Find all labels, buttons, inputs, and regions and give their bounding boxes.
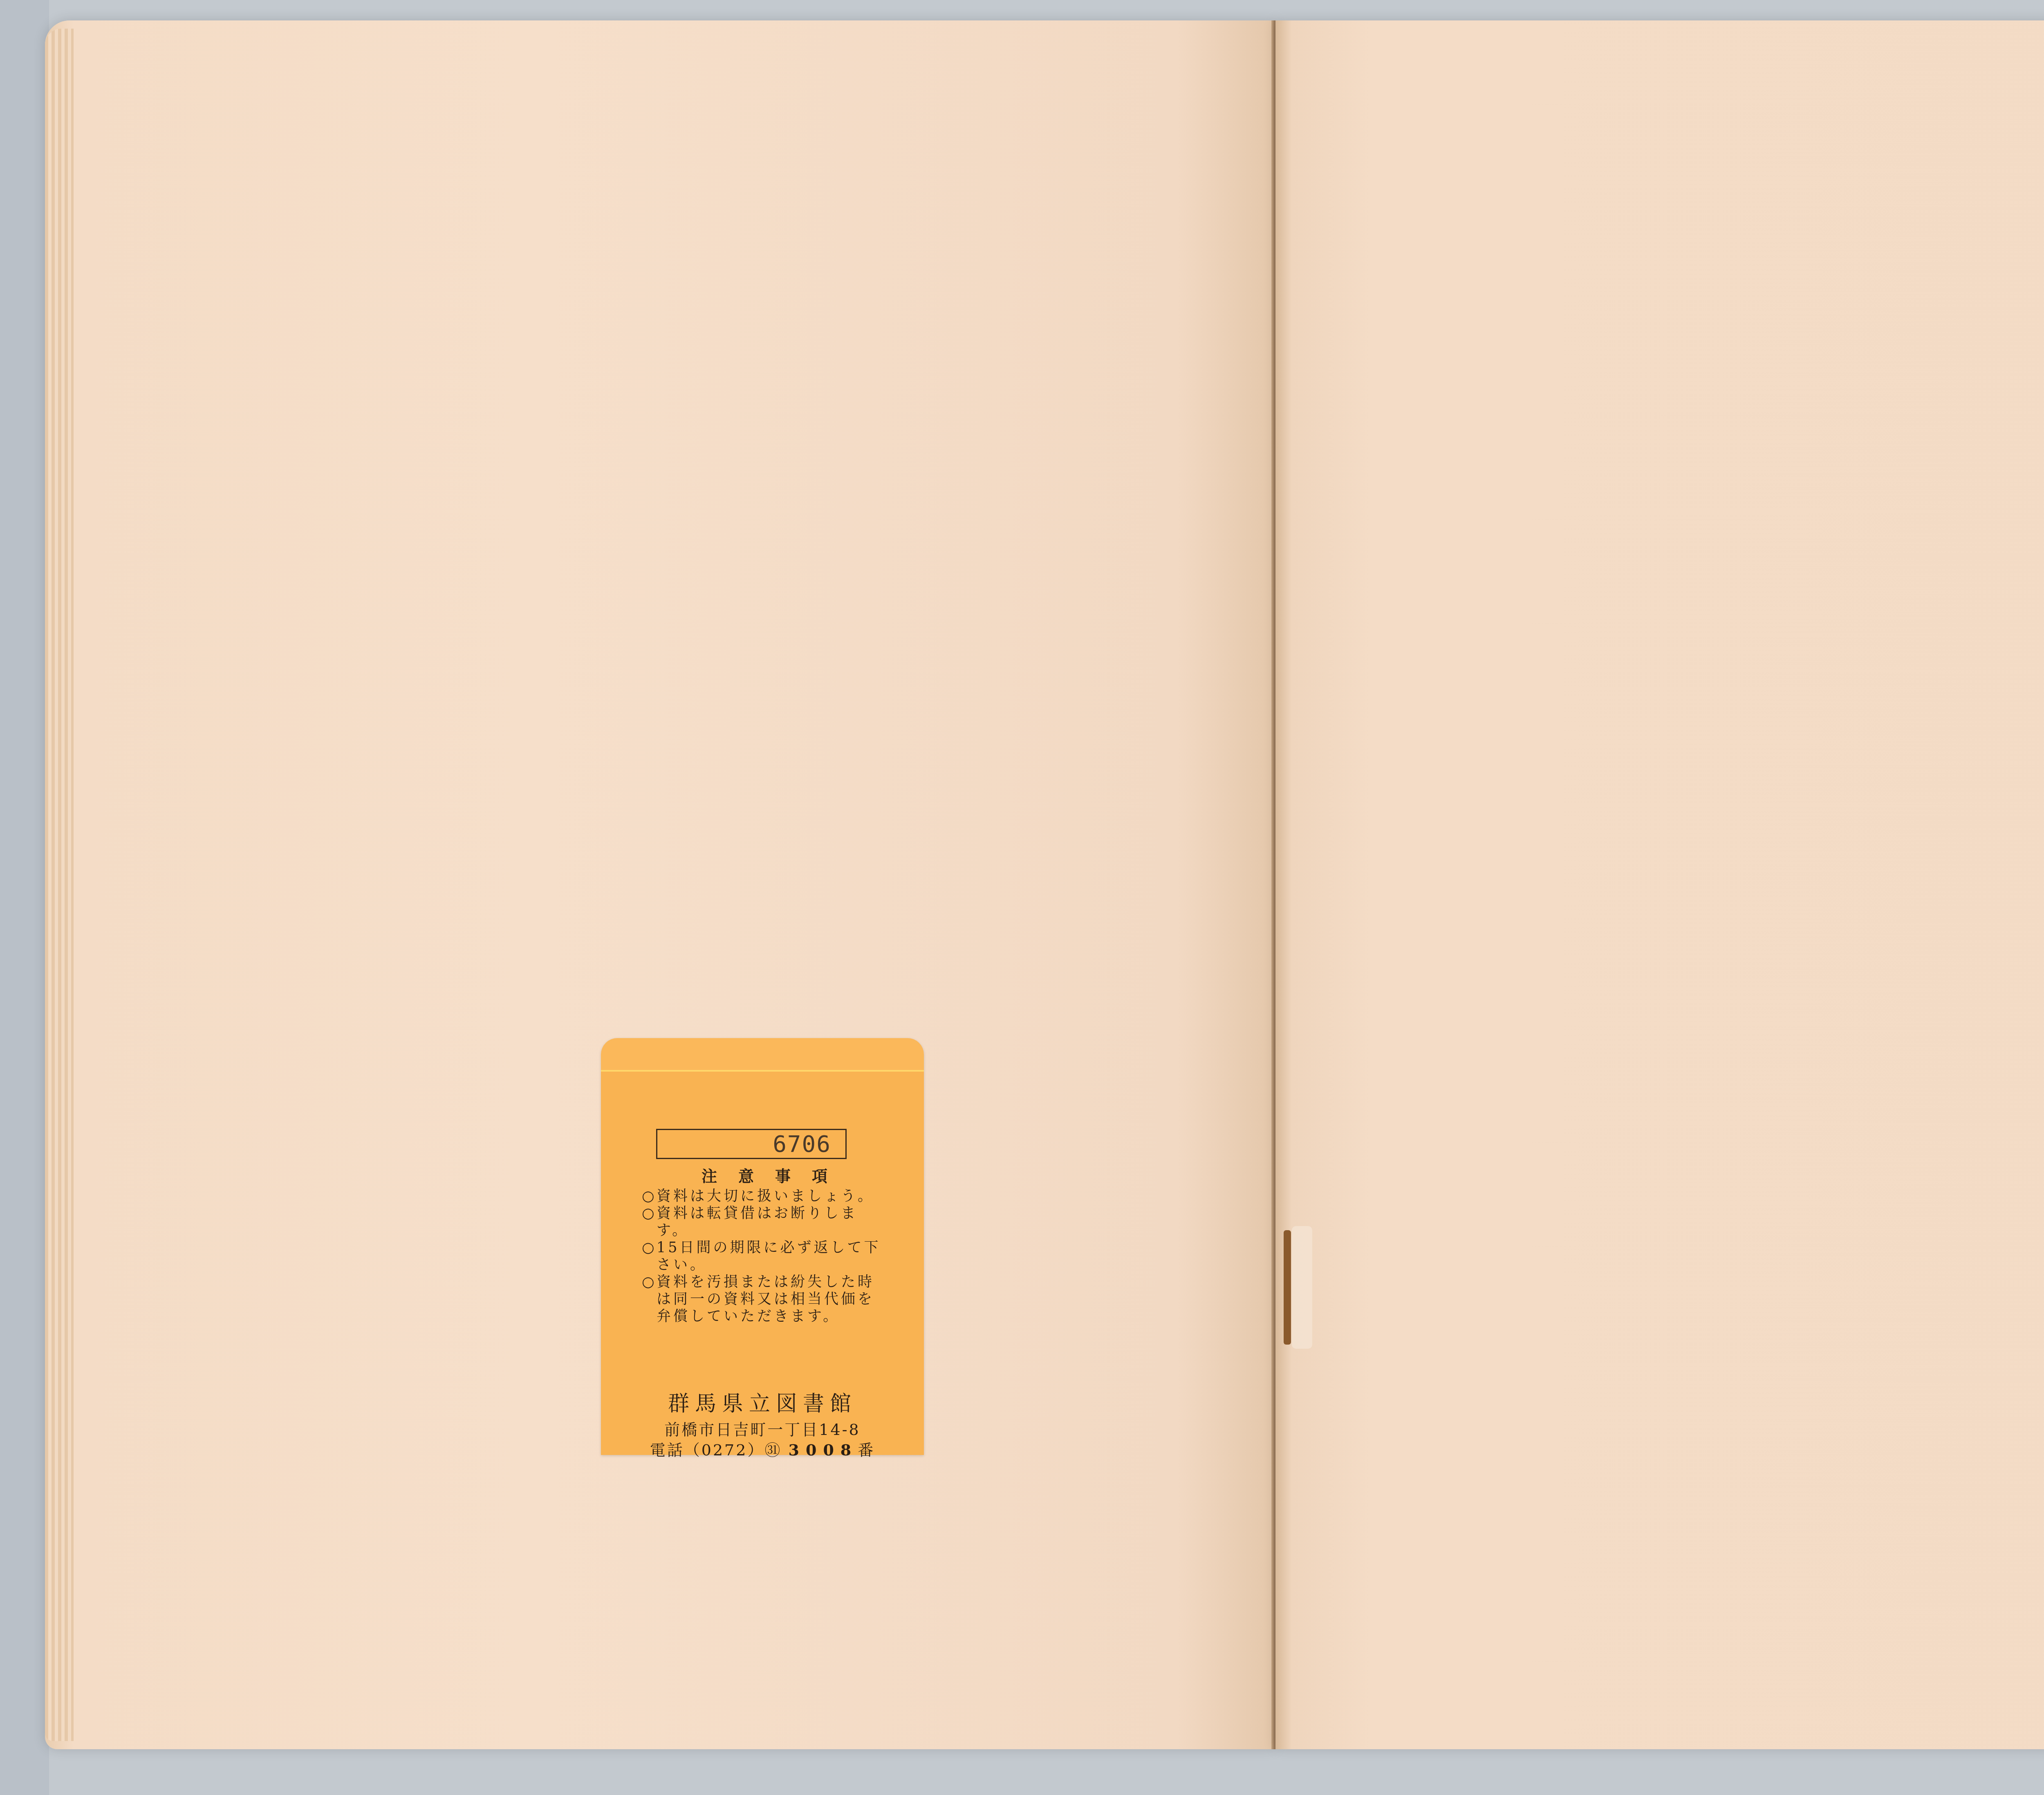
pocket-body: 6706 注意事項 ○ 資料は大切に扱いましょう。 ○ 資料は転貸借はお断りしま… <box>601 1072 924 1455</box>
right-page <box>1275 20 2044 1749</box>
notice-section: 注意事項 ○ 資料は大切に扱いましょう。 ○ 資料は転貸借はお断りします。 ○ … <box>642 1164 887 1325</box>
notice-item: ○ 資料は大切に扱いましょう。 <box>642 1188 887 1205</box>
rusted-staple <box>1284 1230 1291 1345</box>
call-number: 6706 <box>773 1131 831 1157</box>
torn-paper <box>1292 1226 1312 1349</box>
notice-item: ○ 資料を汚損または紛失した時は同一の資料又は相当代価を弁償していただきます。 <box>642 1274 887 1325</box>
library-card-pocket: 6706 注意事項 ○ 資料は大切に扱いましょう。 ○ 資料は転貸借はお断りしま… <box>601 1038 924 1455</box>
left-page: 6706 注意事項 ○ 資料は大切に扱いましょう。 ○ 資料は転貸借はお断りしま… <box>45 20 1275 1749</box>
scan-background <box>0 0 49 1795</box>
circle-bullet-icon: ○ <box>642 1239 657 1256</box>
circle-bullet-icon: ○ <box>642 1274 657 1291</box>
library-address: 前橋市日吉町一丁目14-8 <box>601 1417 924 1439</box>
library-name: 群馬県立図書館 <box>601 1386 924 1417</box>
show-through-text <box>719 266 948 1042</box>
page-edges <box>45 29 74 1741</box>
notice-title: 注意事項 <box>642 1164 887 1186</box>
notice-item: ○ 資料は転貸借はお断りします。 <box>642 1205 887 1239</box>
notice-item: ○ 15日間の期限に必ず返して下さい。 <box>642 1239 887 1274</box>
circle-bullet-icon: ○ <box>642 1205 657 1222</box>
circle-bullet-icon: ○ <box>642 1188 657 1205</box>
call-number-box: 6706 <box>656 1129 847 1159</box>
open-book: 6706 注意事項 ○ 資料は大切に扱いましょう。 ○ 資料は転貸借はお断りしま… <box>45 20 2044 1749</box>
library-phone: 電話（0272）㉛ 3008番 <box>601 1437 924 1460</box>
